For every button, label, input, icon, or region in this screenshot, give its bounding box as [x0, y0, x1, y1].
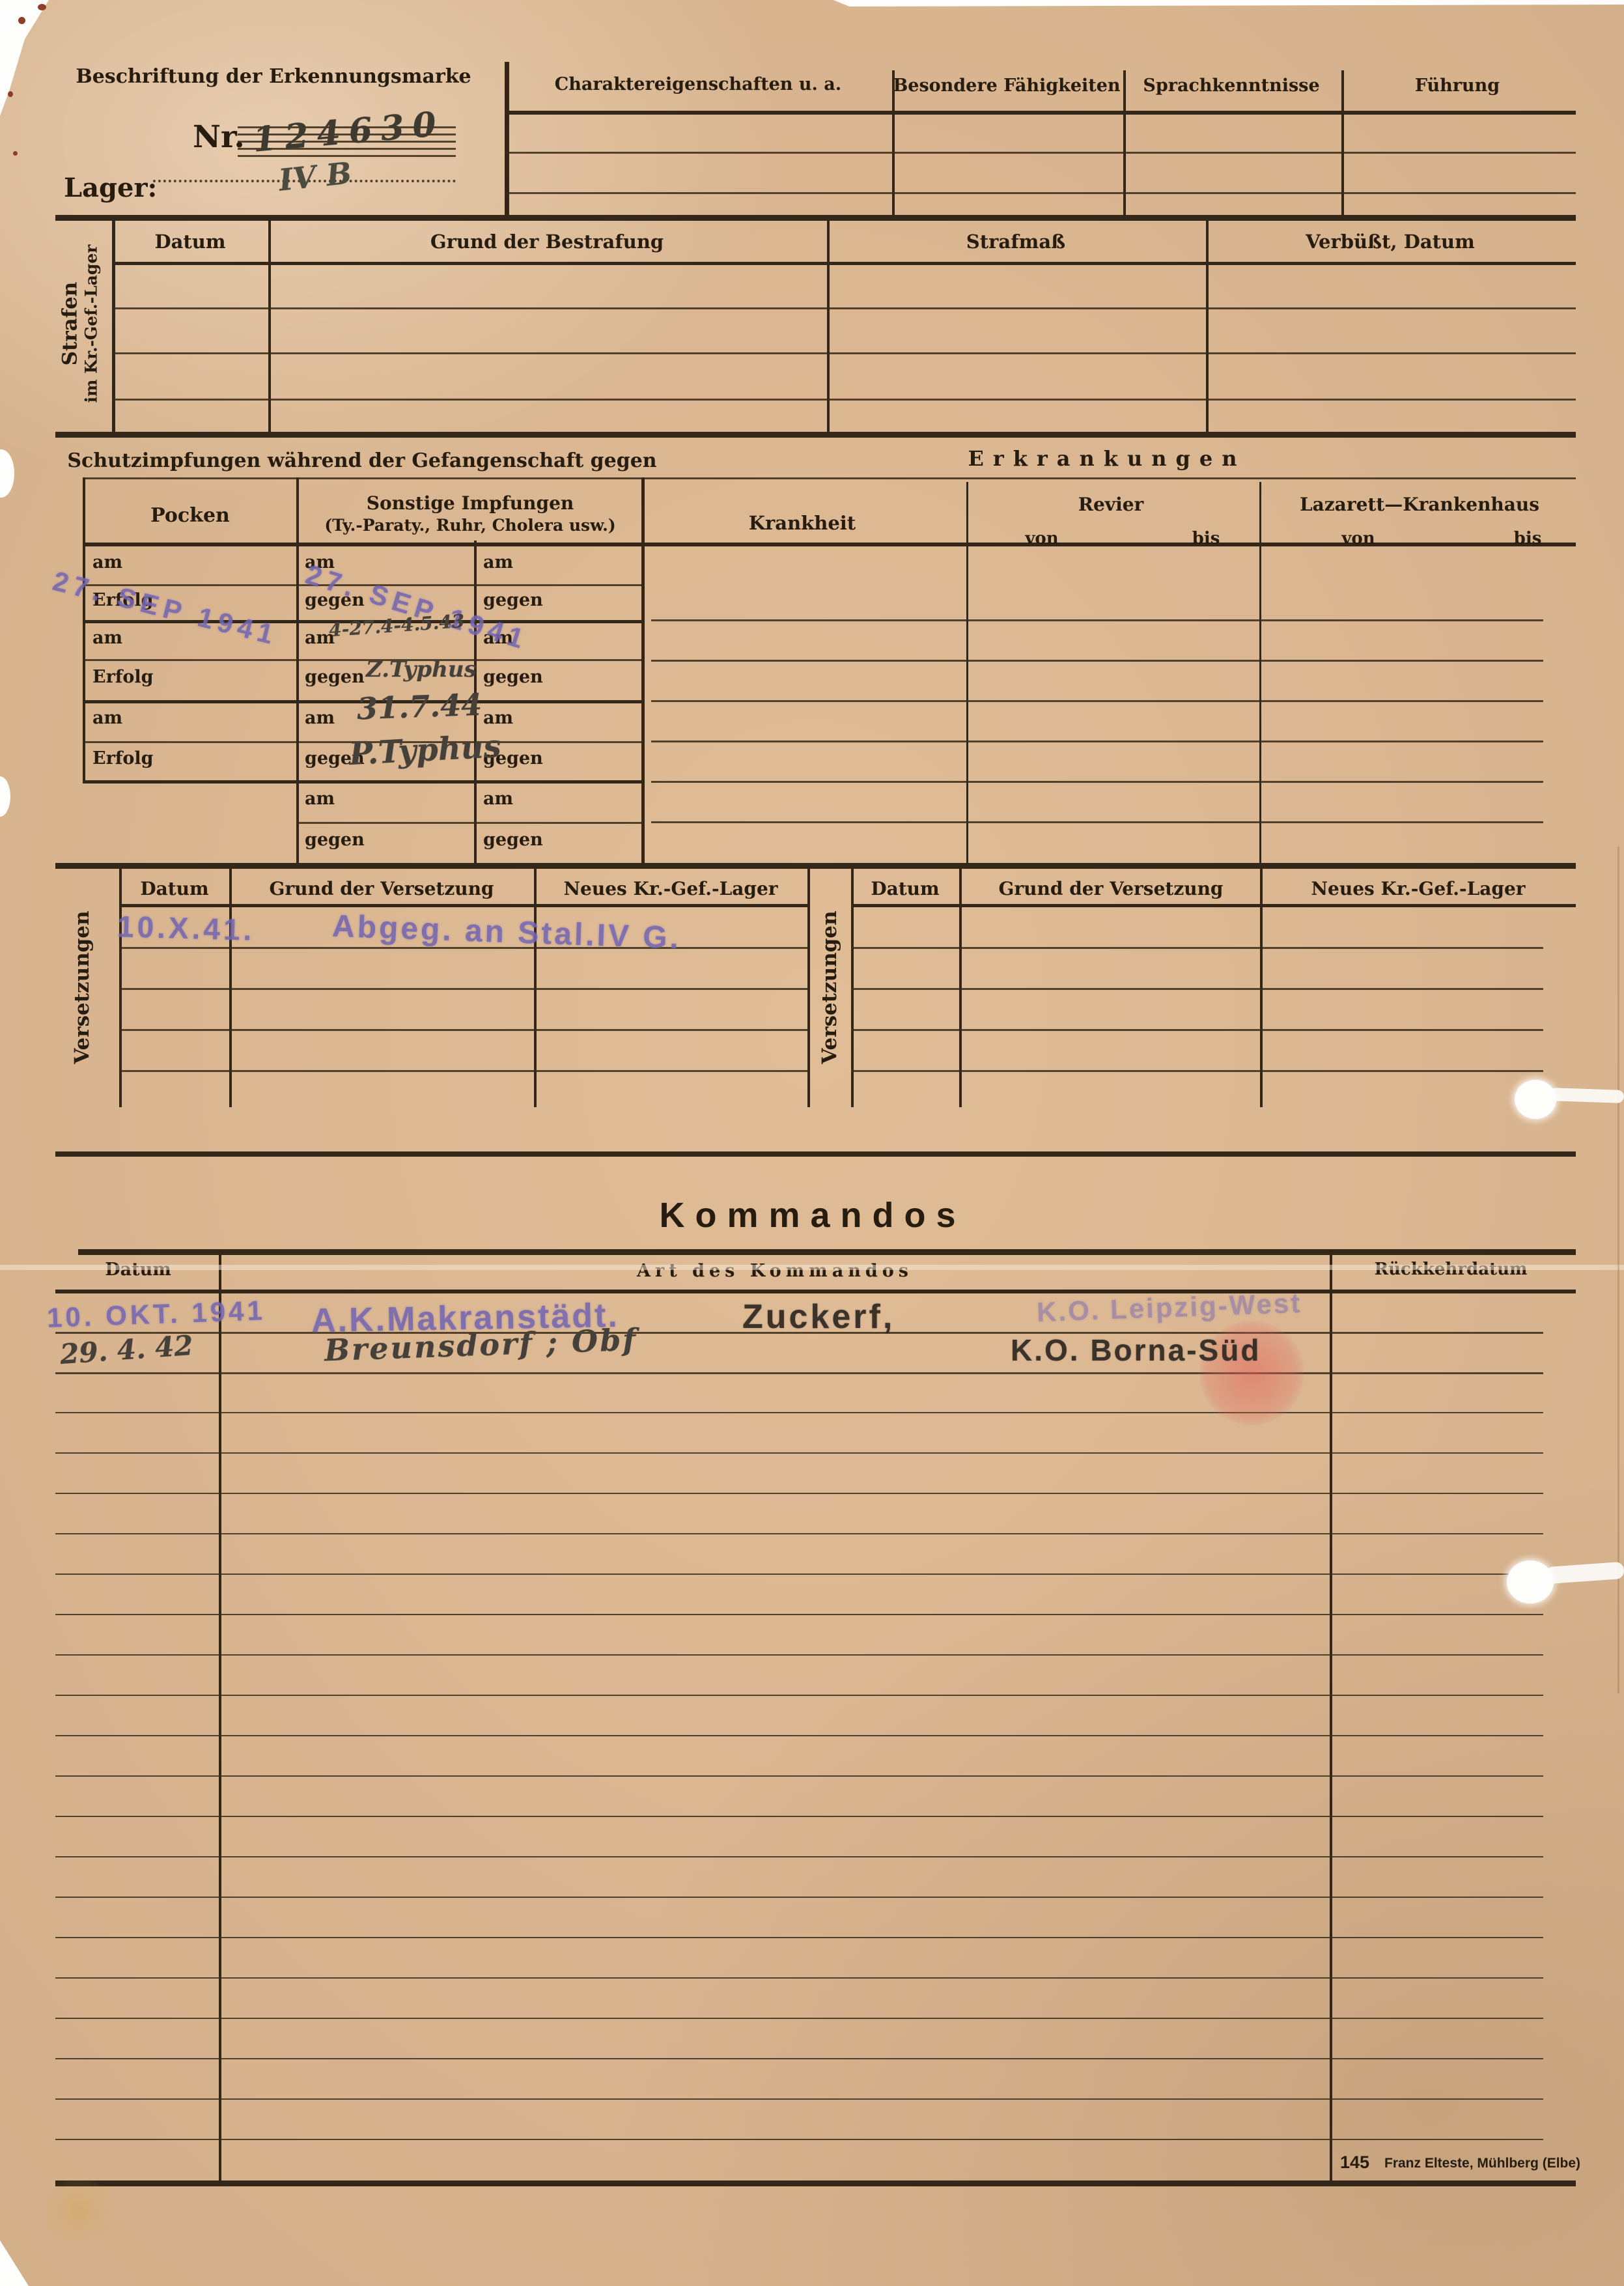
stain-speck	[13, 151, 18, 156]
vline	[1341, 70, 1344, 216]
sonstige1-am-label: am	[305, 709, 335, 727]
sonstige2-gegen-label: gegen	[483, 591, 543, 610]
erkrankungen-ruled-rows	[651, 581, 1543, 825]
footer-form-number: 145	[1340, 2153, 1369, 2171]
pocken-erfolg-label: Erfolg	[92, 668, 154, 686]
strafen-col-verbuesst: Verbüßt, Datum	[1306, 232, 1475, 251]
versetzungen-col-grund: Grund der Versetzung	[269, 879, 494, 898]
erkrankungen-col-revier: Revier	[1078, 495, 1144, 514]
versetzungen-col-neues: Neues Kr.-Gef.-Lager	[563, 879, 777, 898]
vline	[296, 477, 299, 863]
col-faehigkeiten: Besondere Fähigkeiten	[893, 77, 1120, 95]
vline	[1123, 70, 1126, 216]
hline	[83, 780, 641, 783]
stain-speck	[8, 91, 13, 97]
strafen-col-grund: Grund der Bestrafung	[430, 232, 664, 251]
hline	[505, 152, 1576, 154]
sonstige2-am-label: am	[483, 790, 513, 808]
torn-notch-left	[0, 449, 14, 498]
hline	[112, 352, 1576, 354]
revier-bis-label: bis	[1192, 530, 1220, 548]
impfungen-title: Schutzimpfungen während der Gefangenscha…	[67, 451, 656, 472]
versetzungen-side-label: Versetzungen	[70, 910, 94, 1064]
sonstige2-am-label: am	[483, 709, 513, 727]
hline	[78, 1249, 1576, 1255]
erkrankungen-col-lazarett: Lazarett—Krankenhaus	[1300, 495, 1539, 514]
kommando-stamp-zuckerf: Zuckerf,	[742, 1297, 895, 1336]
stain-speck	[38, 4, 46, 10]
id-block-title: Beschriftung der Erkennungsmarke	[76, 66, 471, 87]
torn-notch-left	[0, 776, 10, 817]
hline	[505, 111, 1576, 115]
strafen-side-label: Strafen im Kr.-Gef.-Lager	[59, 245, 101, 403]
hline	[83, 477, 1576, 479]
hline	[55, 1151, 1576, 1157]
punch-hole	[1515, 1080, 1556, 1119]
punch-hole	[1507, 1560, 1554, 1603]
hline	[112, 307, 1576, 309]
vaccination-handwriting-type: P.Typhus	[348, 728, 502, 772]
hline	[55, 215, 1576, 221]
versetzung-stamp-date: 10.X.41.	[117, 909, 255, 948]
erkrankungen-col-krankheit: Krankheit	[749, 513, 856, 533]
stain-speck	[18, 17, 25, 24]
vaccination-handwriting-type: Z.Typhus	[366, 656, 477, 683]
pocken-erfolg-label: Erfolg	[92, 750, 154, 768]
hline	[296, 822, 641, 824]
punch-hole-tear	[1545, 1562, 1624, 1584]
versetzungen-col-neues: Neues Kr.-Gef.-Lager	[1311, 879, 1525, 898]
versetzungen-ruled-rows	[851, 908, 1543, 1073]
kommando-stamp-borna-sued: K.O. Borna-Süd	[1011, 1333, 1261, 1368]
impfungen-col-pocken: Pocken	[150, 505, 230, 526]
hline	[55, 863, 1576, 869]
col-sprachen: Sprachkenntnisse	[1143, 77, 1319, 95]
sonstige1-am-label: am	[305, 790, 335, 808]
fold-crease	[0, 1265, 1624, 1270]
pow-card-scan: Beschriftung der Erkennungsmarke Nr. 124…	[0, 0, 1624, 2286]
punch-hole-tear	[1550, 1088, 1624, 1103]
erkrankungen-title: Erkrankungen	[968, 448, 1246, 470]
torn-corner-top-left	[0, 0, 52, 117]
pocken-am-label: am	[92, 629, 122, 647]
vaccination-handwriting-date: 31.7.44	[356, 687, 483, 727]
versetzungen-col-datum: Datum	[140, 879, 208, 898]
versetzungen-col-grund: Grund der Versetzung	[998, 879, 1223, 898]
lager-value-handwriting: IV B	[277, 155, 353, 197]
hline	[119, 904, 807, 907]
hline	[55, 432, 1576, 438]
vaccination-handwriting-date: 4-27.4-4.5.43	[328, 610, 465, 641]
hline	[112, 262, 1576, 265]
torn-edge-top	[833, 0, 1624, 7]
strafen-col-datum: Datum	[154, 232, 225, 251]
revier-von-label: von	[1025, 530, 1058, 548]
col-fuehrung: Führung	[1415, 77, 1500, 95]
hline	[851, 904, 1576, 907]
hline	[112, 399, 1576, 401]
impfungen-col-sonstige: Sonstige Impfungen	[367, 494, 574, 513]
lager-label: Lager:	[64, 175, 157, 202]
sonstige1-gegen-label: gegen	[305, 831, 365, 849]
sonstige2-gegen-label: gegen	[483, 668, 543, 686]
lazarett-von-label: von	[1341, 530, 1375, 548]
footer-printer: Franz Elteste, Mühlberg (Elbe)	[1384, 2156, 1580, 2171]
yellow-stain	[36, 2179, 121, 2242]
vline	[807, 869, 810, 1107]
sonstige2-gegen-label: gegen	[483, 831, 543, 849]
hline	[83, 659, 641, 661]
nr-value-handwriting: 124630	[251, 104, 446, 160]
kommandos-title: Kommandos	[659, 1197, 966, 1234]
pocken-am-label: am	[92, 709, 122, 727]
hline	[505, 192, 1576, 194]
kommando-date-stamp: 10. OKT. 1941	[46, 1295, 266, 1334]
sonstige1-gegen-label: gegen	[305, 668, 365, 686]
vline	[641, 477, 645, 863]
versetzungen-col-datum: Datum	[871, 879, 939, 898]
strafen-col-strafmass: Strafmaß	[966, 232, 1065, 251]
kommandos-col-datum: Datum	[105, 1261, 171, 1279]
hline	[55, 1290, 1576, 1293]
torn-corner-bottom-left	[0, 2240, 29, 2286]
hline	[55, 2180, 1576, 2186]
vline	[83, 477, 85, 780]
versetzungen-side-label: Versetzungen	[818, 910, 841, 1064]
pocken-am-label: am	[92, 554, 122, 572]
nr-label: Nr.	[193, 121, 245, 153]
kommandos-ruled-rows	[55, 1373, 1543, 2144]
kommando-date-handwriting: 29. 4. 42	[59, 1329, 195, 1370]
strafen-side-label-1: Strafen	[59, 245, 82, 403]
col-charakter: Charaktereigenschaften u. a.	[555, 76, 841, 94]
lazarett-bis-label: bis	[1514, 530, 1542, 548]
strafen-side-label-2: im Kr.-Gef.-Lager	[82, 245, 101, 403]
impfungen-col-sonstige-sub: (Ty.-Paraty., Ruhr, Cholera usw.)	[324, 517, 615, 534]
sonstige2-am-label: am	[483, 554, 513, 572]
